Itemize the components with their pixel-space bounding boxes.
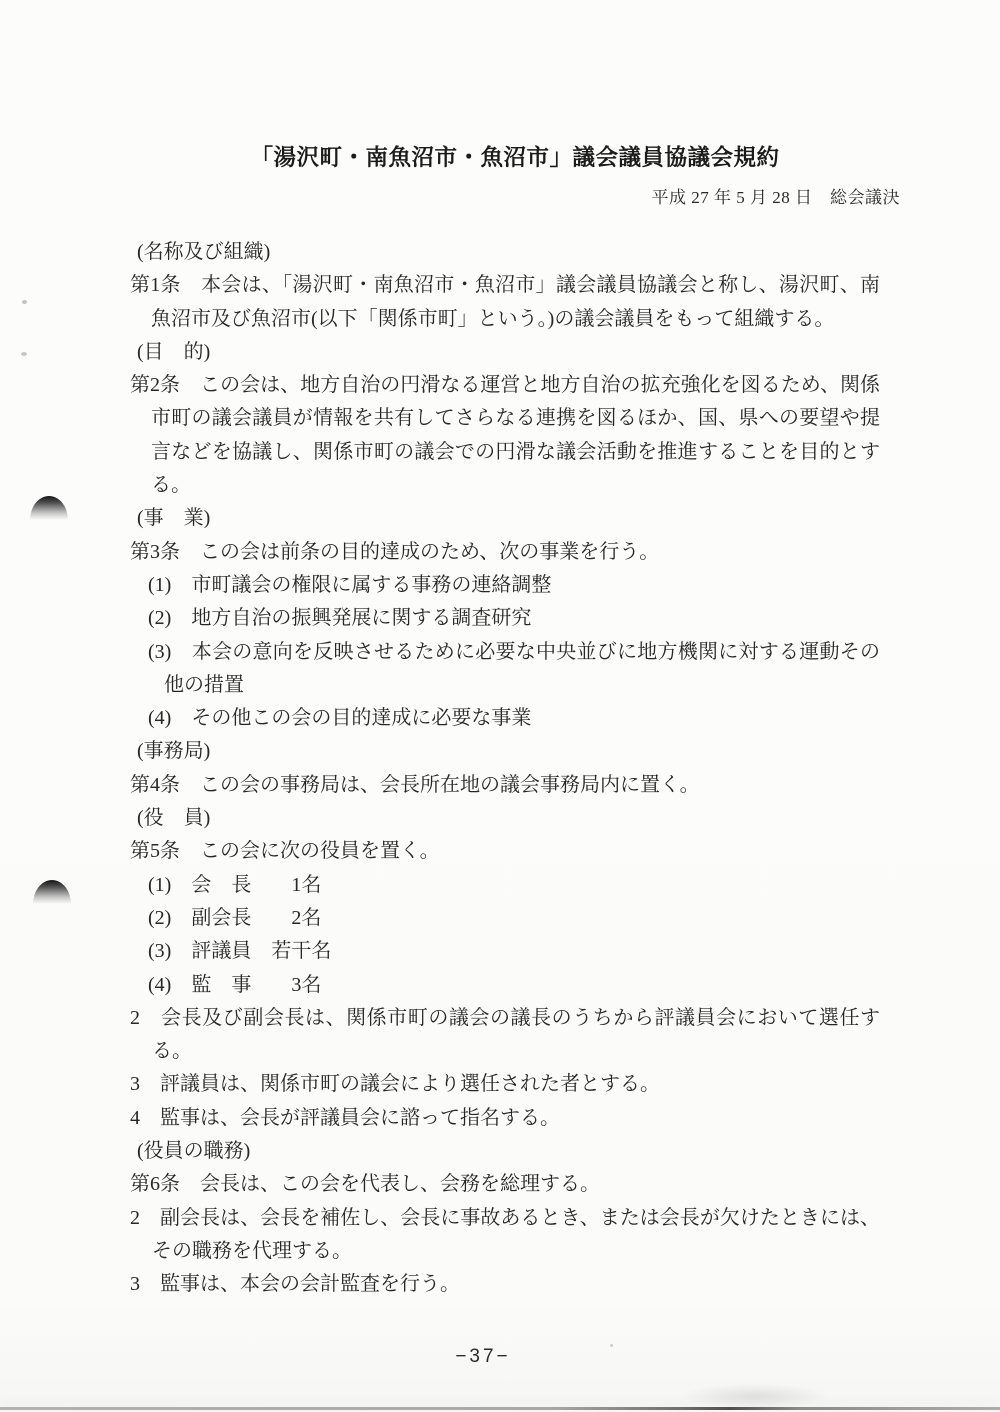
document-title: 「湯沢町・南魚沼市・魚沼市」議会議員協議会規約 — [15, 140, 1000, 172]
punch-hole-shadow-bottom — [33, 880, 71, 904]
list-item: (3) 本会の意向を反映させるために必要な中央並びに地方機関に対する運動その他の… — [148, 636, 880, 703]
scan-speck-artifact — [22, 300, 27, 304]
scan-smudge-artifact — [680, 1383, 830, 1409]
article-paragraph: 第4条 この会の事務局は、会長所在地の議会事務局内に置く。 — [130, 769, 880, 802]
clause-paragraph: 2 副会長は、会長を補佐し、会長に事故あるとき、または会長が欠けたときには、その… — [130, 1202, 880, 1269]
section-label: (事務局) — [137, 735, 880, 768]
section-label: (事 業) — [137, 502, 880, 535]
scan-speck-artifact — [610, 1344, 613, 1347]
scan-edge-artifact — [0, 1407, 1000, 1410]
list-item: (1) 会 長 1名 — [148, 869, 880, 902]
clause-paragraph: 4 監事は、会長が評議員会に諮って指名する。 — [130, 1102, 880, 1135]
clause-paragraph: 3 評議員は、関係市町の議会により選任された者とする。 — [130, 1068, 880, 1101]
punch-hole-shadow-top — [30, 496, 68, 520]
list-item: (1) 市町議会の権限に属する事務の連絡調整 — [148, 569, 880, 602]
page-number: −37− — [0, 1346, 966, 1368]
list-item: (4) その他この会の目的達成に必要な事業 — [148, 702, 880, 735]
list-item: (2) 副会長 2名 — [148, 902, 880, 935]
document-body: (名称及び組織) 第1条 本会は、「湯沢町・南魚沼市・魚沼市」議会議員協議会と称… — [130, 236, 880, 1302]
list-item: (3) 評議員 若干名 — [148, 935, 880, 968]
scan-speck-artifact — [21, 352, 27, 356]
article-paragraph: 第6条 会長は、この会を代表し、会務を総理する。 — [130, 1168, 880, 1201]
section-label: (役 員) — [137, 802, 880, 835]
article-paragraph: 第3条 この会は前条の目的達成のため、次の事業を行う。 — [130, 536, 880, 569]
list-item: (2) 地方自治の振興発展に関する調査研究 — [148, 602, 880, 635]
article-paragraph: 第1条 本会は、「湯沢町・南魚沼市・魚沼市」議会議員協議会と称し、湯沢町、南魚沼… — [130, 269, 880, 336]
clause-paragraph: 3 監事は、本会の会計監査を行う。 — [130, 1268, 880, 1301]
clause-paragraph: 2 会長及び副会長は、関係市町の議会の議長のうちから評議員会において選任する。 — [130, 1002, 880, 1069]
scanned-document-page: 「湯沢町・南魚沼市・魚沼市」議会議員協議会規約 平成 27 年 5 月 28 日… — [0, 0, 1000, 1412]
article-paragraph: 第5条 この会に次の役員を置く。 — [130, 835, 880, 868]
article-paragraph: 第2条 この会は、地方自治の円滑なる運営と地方自治の拡充強化を図るため、関係市町… — [130, 369, 880, 502]
section-label: (目 的) — [137, 336, 880, 369]
section-label: (役員の職務) — [137, 1135, 880, 1168]
enactment-date-line: 平成 27 年 5 月 28 日 総会議決 — [652, 183, 901, 208]
list-item: (4) 監 事 3名 — [148, 969, 880, 1002]
section-label: (名称及び組織) — [137, 236, 880, 269]
